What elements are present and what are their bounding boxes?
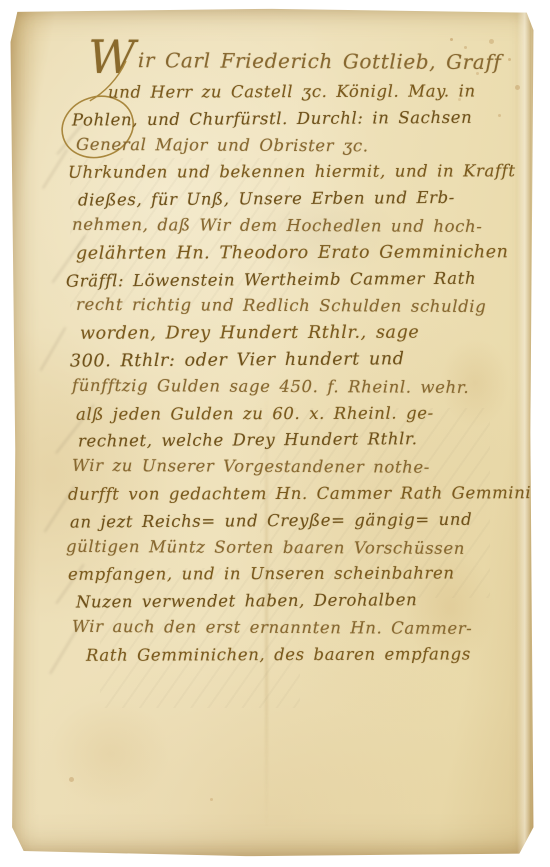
- manuscript-line: Wir auch den erst ernannten Hn. Cammer-: [72, 617, 516, 646]
- foxing-spots: [450, 38, 453, 41]
- manuscript-line: Nuzen verwendet haben, Derohalben: [76, 590, 516, 620]
- manuscript-line: dießes, für Unß, Unsere Erben und Erb-: [78, 188, 516, 218]
- manuscript-line: rechnet, welche Drey Hundert Rthlr.: [78, 429, 516, 459]
- manuscript-paper: Wir Carl Friederich Gottlieb, Graff und …: [10, 8, 534, 857]
- manuscript-line-text: ir Carl Friederich Gottlieb, Graff: [138, 48, 502, 74]
- manuscript-line: an jezt Reichs= und Creyße= gängig= und: [70, 509, 516, 539]
- manuscript-line: alß jeden Gulden zu 60. x. Rheinl. ge-: [76, 403, 516, 431]
- photo-background: Wir Carl Friederich Gottlieb, Graff und …: [0, 0, 550, 867]
- manuscript-line: Pohlen, und Churfürstl. Durchl: in Sachs…: [72, 107, 516, 137]
- manuscript-line: nehmen, daß Wir dem Hochedlen und hoch-: [72, 215, 516, 244]
- stain: [50, 698, 170, 808]
- manuscript-line: Gräffl: Löwenstein Wertheimb Cammer Rath: [66, 268, 516, 298]
- manuscript-line: Rath Gemminichen, des baaren empfangs: [86, 644, 516, 672]
- manuscript-line: gelährten Hn. Theodoro Erato Gemminichen: [76, 242, 516, 270]
- manuscript-line: empfangen, und in Unseren scheinbahren: [68, 564, 516, 592]
- manuscript-line: Wir zu Unserer Vorgestandener nothe-: [72, 456, 516, 485]
- manuscript-line: gültigen Müntz Sorten baaren Vorschüssen: [66, 536, 516, 565]
- manuscript-line: worden, Drey Hundert Rthlr., sage: [80, 322, 516, 350]
- manuscript-line: recht richtig und Redlich Schulden schul…: [76, 295, 516, 324]
- manuscript-line: durfft von gedachtem Hn. Cammer Rath Gem…: [68, 483, 516, 511]
- illuminated-initial: W: [88, 47, 136, 67]
- manuscript-line: General Major und Obrister ʒc.: [76, 134, 516, 163]
- manuscript-line: 300. Rthlr: oder Vier hundert und: [70, 348, 516, 378]
- manuscript-line: fünfftzig Gulden sage 450. f. Rheinl. we…: [72, 376, 516, 405]
- manuscript-text: Wir Carl Friederich Gottlieb, Graff und …: [62, 48, 516, 672]
- manuscript-line: und Herr zu Castell ʒc. Königl. May. in: [108, 81, 516, 109]
- manuscript-line: Wir Carl Friederich Gottlieb, Graff: [88, 47, 516, 83]
- manuscript-line: Uhrkunden und bekennen hiermit, und in K…: [68, 162, 516, 190]
- paper-edge-curl: [517, 8, 531, 857]
